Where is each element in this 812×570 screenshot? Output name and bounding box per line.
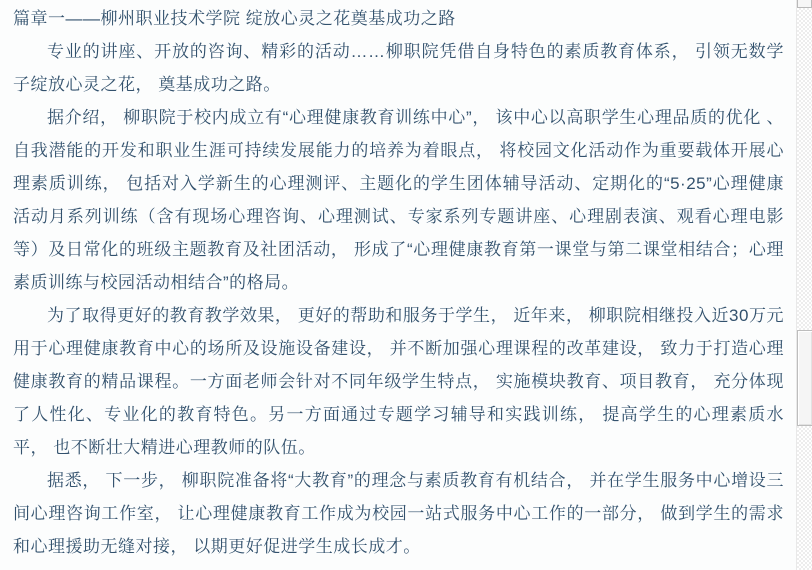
scroll-up-button[interactable] <box>797 0 812 8</box>
vertical-scrollbar[interactable] <box>796 0 812 570</box>
scrollbar-thumb[interactable] <box>797 330 812 426</box>
article-title: 篇章一——柳州职业技术学院 绽放心灵之花奠基成功之路 <box>13 2 784 35</box>
article-paragraph: 据悉， 下一步， 柳职院准备将“大教育”的理念与素质教育有机结合， 并在学生服务… <box>13 464 784 563</box>
article-paragraph: 专业的讲座、开放的咨询、精彩的活动……柳职院凭借自身特色的素质教育体系， 引领无… <box>13 35 784 101</box>
article-paragraph: 为了取得更好的教育教学效果， 更好的帮助和服务于学生， 近年来， 柳职院相继投入… <box>13 299 784 464</box>
article-paragraph: 据介绍， 柳职院于校内成立有“心理健康教育训练中心”， 该中心以高职学生心理品质… <box>13 101 784 299</box>
article-body: 篇章一——柳州职业技术学院 绽放心灵之花奠基成功之路 专业的讲座、开放的咨询、精… <box>13 2 784 563</box>
